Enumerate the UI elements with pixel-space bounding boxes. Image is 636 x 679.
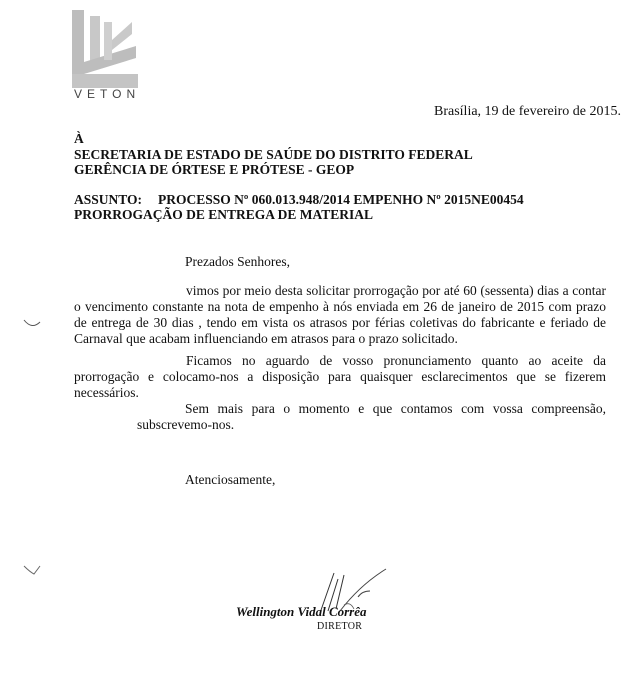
subject-line-1: ASSUNTO:PROCESSO Nº 060.013.948/2014 EMP…	[74, 192, 524, 208]
paragraph-closing: Sem mais para o momento e que contamos c…	[137, 401, 606, 433]
recipient-line-1: SECRETARIA DE ESTADO DE SAÚDE DO DISTRIT…	[74, 147, 473, 163]
subject-process: PROCESSO Nº 060.013.948/2014 EMPENHO Nº …	[158, 192, 524, 207]
punch-mark-icon	[22, 318, 42, 330]
greeting: Prezados Senhores,	[185, 254, 290, 270]
closing-salutation: Atenciosamente,	[185, 472, 275, 488]
paragraph-request-text: vimos por meio desta solicitar prorrogaç…	[74, 283, 606, 346]
paragraph-request: vimos por meio desta solicitar prorrogaç…	[74, 283, 606, 347]
subject-line-2: PRORROGAÇÃO DE ENTREGA DE MATERIAL	[74, 207, 373, 223]
recipient-line-2: GERÊNCIA DE ÓRTESE E PRÓTESE - GEOP	[74, 162, 354, 178]
signatory-role: DIRETOR	[317, 621, 362, 632]
veton-logo-icon	[70, 8, 160, 98]
punch-mark-icon	[22, 564, 42, 576]
date-line: Brasília, 19 de fevereiro de 2015.	[434, 104, 621, 120]
recipient-prefix: À	[74, 131, 84, 147]
paragraph-closing-text: Sem mais para o momento e que contamos c…	[137, 401, 606, 432]
subject-label: ASSUNTO:	[74, 192, 142, 207]
paragraph-awaiting-text: Ficamos no aguardo de vosso pronunciamen…	[74, 353, 606, 400]
paragraph-awaiting: Ficamos no aguardo de vosso pronunciamen…	[74, 353, 606, 401]
signatory-name: Wellington Vidal Corrêa	[236, 604, 367, 620]
company-name: VETON	[74, 87, 140, 101]
